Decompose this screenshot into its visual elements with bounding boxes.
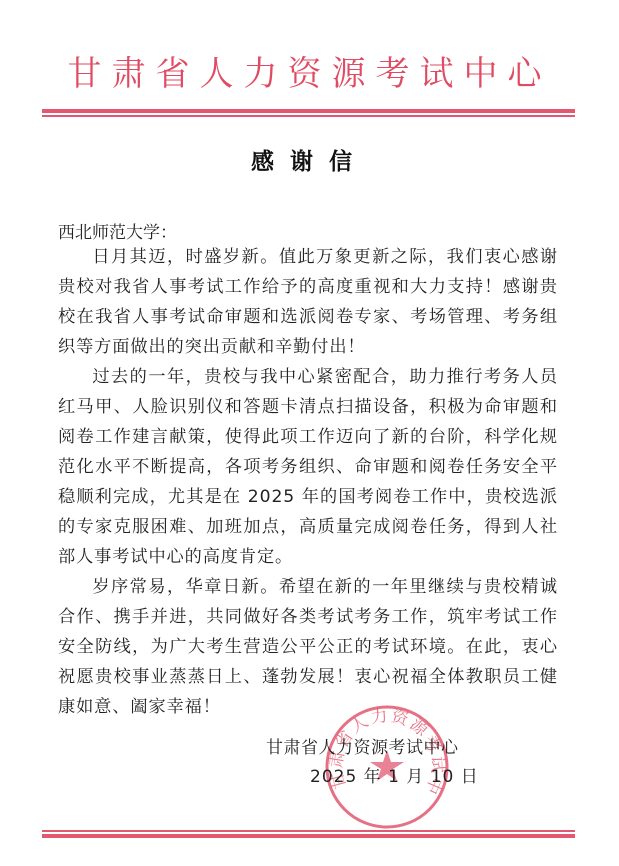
letter-title: 感谢信 [0,147,619,177]
footer-rule-thin [42,830,575,832]
paragraph-2: 过去的一年，贵校与我中心紧密配合，助力推行考务人员红马甲、人脸识别仪和答题卡清点… [58,362,558,572]
letter-body: 日月其迈，时盛岁新。值此万象更新之际，我们衷心感谢贵校对我省人事考试工作给予的高… [58,242,558,722]
paragraph-3: 岁序常易，华章日新。希望在新的一年里继续与贵校精诚合作、携手并进，共同做好各类考… [58,572,558,722]
letterhead-rule-thick [42,109,575,113]
letterhead-rule-thin [42,115,575,117]
signature-date: 2025 年 1 月 10 日 [310,763,479,791]
signature-organization: 甘肃省人力资源考试中心 [266,734,459,762]
letterhead-title: 甘肃省人力资源考试中心 [0,52,619,96]
footer-rule-thick [42,834,575,838]
paragraph-1: 日月其迈，时盛岁新。值此万象更新之际，我们衷心感谢贵校对我省人事考试工作给予的高… [58,242,558,362]
